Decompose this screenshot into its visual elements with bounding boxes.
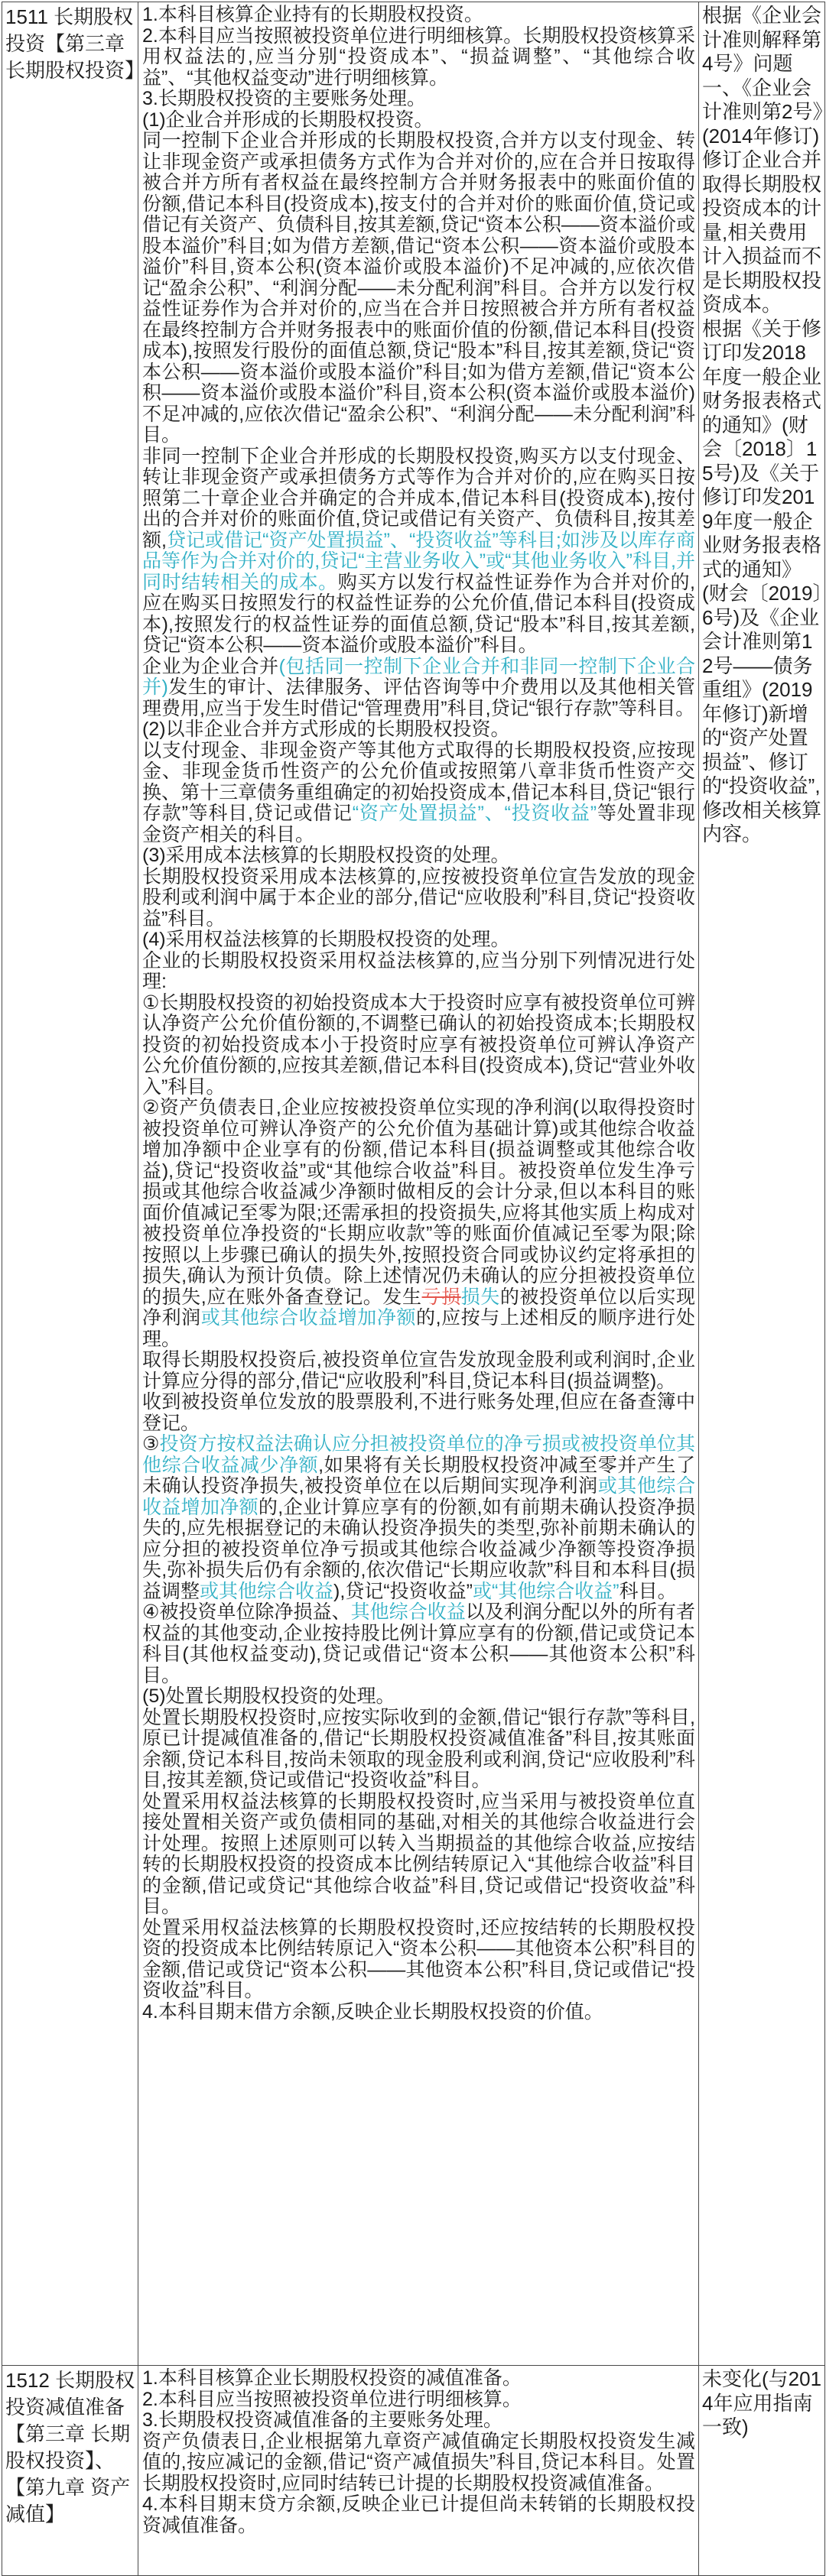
- body-text: 4.本科目期末借方余额,反映企业长期股权投资的价值。: [142, 2001, 603, 2023]
- content-paragraph: 4.本科目期末贷方余额,反映企业已计提但尚未转销的长期股权投资减值准备。: [142, 2494, 695, 2536]
- note-paragraph: 根据《企业会计准则解释第4号》问题一、《企业会计准则第2号》(2014年修订)修…: [702, 4, 823, 317]
- content-paragraph: (4)采用权益法核算的长期股权投资的处理。: [142, 930, 695, 951]
- body-text: 4.本科目期末贷方余额,反映企业已计提但尚未转销的长期股权投资减值准备。: [142, 2493, 695, 2536]
- body-text: 科目。: [619, 1581, 677, 1602]
- content-paragraph: 取得长期股权投资后,被投资单位宣告发放现金股利或利润时,企业计算应分得的部分,借…: [142, 1350, 695, 1392]
- accounting-treatment-cell: 1.本科目核算企业长期股权投资的减值准备。2.本科目应当按照被投资单位进行明细核…: [138, 2366, 699, 2576]
- content-paragraph: (1)企业合并形成的长期股权投资。: [142, 110, 695, 131]
- content-paragraph: 非同一控制下企业合并形成的长期股权投资,购买方以支付现金、转让非现金资产或承担债…: [142, 446, 695, 657]
- body-text: 资产负债表日,企业根据第九章资产减值确定长期股权投资发生减值的,按应减记的金额,…: [142, 2431, 695, 2494]
- content-paragraph: 1.本科目核算企业长期股权投资的减值准备。: [142, 2368, 695, 2389]
- revised-text: 损失: [461, 1286, 500, 1308]
- content-paragraph: ④被投资单位除净损益、其他综合收益以及利润分配以外的所有者权益的其他变动,企业按…: [142, 1602, 695, 1686]
- content-paragraph: 企业为企业合并(包括同一控制下企业合并和非同一控制下企业合并)发生的审计、法律服…: [142, 657, 695, 720]
- body-text: 处置采用权益法核算的长期股权投资时,还应按结转的长期股权投资的投资成本比例结转原…: [142, 1917, 695, 2002]
- body-text: 2.本科目应当按照被投资单位进行明细核算。: [142, 2389, 522, 2410]
- content-paragraph: 3.长期股权投资的主要账务处理。: [142, 89, 695, 110]
- account-code-cell: 1512 长期股权投资减值准备【第三章 长期股权投资】、【第九章 资产减值】: [2, 2366, 138, 2576]
- body-text: 收到被投资单位发放的股票股利,不进行账务处理,但应在备查簿中登记。: [142, 1391, 695, 1434]
- body-text: 处置长期股权投资时,应按实际收到的金额,借记“银行存款”等科目,原已计提减值准备…: [142, 1707, 695, 1792]
- account-code-label: 1511 长期股权投资【第三章 长期股权投资】: [5, 4, 135, 84]
- content-paragraph: (5)处置长期股权投资的处理。: [142, 1686, 695, 1708]
- revised-text: 或“其他综合收益”: [473, 1581, 619, 1602]
- account-code-cell: 1511 长期股权投资【第三章 长期股权投资】: [2, 2, 138, 2366]
- content-paragraph: (2)以非企业合并方式形成的长期股权投资。: [142, 719, 695, 741]
- content-paragraph: 同一控制下企业合并形成的长期股权投资,合并方以支付现金、转让非现金资产或承担债务…: [142, 131, 695, 446]
- body-text: 长期股权投资采用成本法核算的,应按被投资单位宣告发放的现金股利或利润中属于本企业…: [142, 866, 695, 930]
- content-paragraph: ②资产负债表日,企业应按被投资单位实现的净利润(以取得投资时被投资单位可辨认净资…: [142, 1098, 695, 1350]
- body-text: (5)处置长期股权投资的处理。: [142, 1685, 395, 1707]
- revision-note-cell: 根据《企业会计准则解释第4号》问题一、《企业会计准则第2号》(2014年修订)修…: [699, 2, 825, 2366]
- table-row: 1512 长期股权投资减值准备【第三章 长期股权投资】、【第九章 资产减值】1.…: [2, 2366, 825, 2576]
- body-text: 2.本科目应当按照被投资单位进行明细核算。长期股权投资核算采用权益法的,应当分别…: [142, 25, 695, 89]
- body-text: ②资产负债表日,企业应按被投资单位实现的净利润(以取得投资时被投资单位可辨认净资…: [142, 1097, 695, 1308]
- accounting-subjects-table: 1511 长期股权投资【第三章 长期股权投资】1.本科目核算企业持有的长期股权投…: [2, 2, 825, 2576]
- body-text: 处置采用权益法核算的长期股权投资时,应当采用与被投资单位直接处置相关资产或负债相…: [142, 1791, 695, 1918]
- content-paragraph: 处置长期股权投资时,应按实际收到的金额,借记“银行存款”等科目,原已计提减值准备…: [142, 1708, 695, 1792]
- body-text: 企业为企业合并: [142, 656, 279, 677]
- body-text: 发生的审计、法律服务、评估咨询等中介费用以及其他相关管理费用,应当于发生时借记“…: [142, 676, 695, 719]
- body-text: 取得长期股权投资后,被投资单位宣告发放现金股利或利润时,企业计算应分得的部分,借…: [142, 1349, 695, 1392]
- content-paragraph: 资产负债表日,企业根据第九章资产减值确定长期股权投资发生减值的,按应减记的金额,…: [142, 2432, 695, 2495]
- body-text: ),贷记“投资收益”: [333, 1581, 473, 1602]
- revised-text: 或其他综合收益: [200, 1581, 333, 1602]
- table-body: 1511 长期股权投资【第三章 长期股权投资】1.本科目核算企业持有的长期股权投…: [2, 2, 825, 2576]
- body-text: 3.长期股权投资减值准备的主要账务处理。: [142, 2409, 502, 2431]
- revised-text: “资产处置损益”、“投资收益”: [353, 803, 597, 824]
- body-text: ④被投资单位除净损益、: [142, 1601, 351, 1623]
- content-paragraph: 长期股权投资采用成本法核算的,应按被投资单位宣告发放的现金股利或利润中属于本企业…: [142, 867, 695, 930]
- body-text: (4)采用权益法核算的长期股权投资的处理。: [142, 929, 510, 950]
- content-paragraph: 以支付现金、非现金资产等其他方式取得的长期股权投资,应按现金、非现金货币性资产的…: [142, 741, 695, 846]
- content-paragraph: 4.本科目期末借方余额,反映企业长期股权投资的价值。: [142, 2002, 695, 2023]
- content-paragraph: 1.本科目核算企业持有的长期股权投资。: [142, 5, 695, 26]
- revised-text: 其他综合收益: [351, 1601, 466, 1623]
- account-code-label: 1512 长期股权投资减值准备【第三章 长期股权投资】、【第九章 资产减值】: [5, 2367, 135, 2528]
- content-paragraph: 处置采用权益法核算的长期股权投资时,还应按结转的长期股权投资的投资成本比例结转原…: [142, 1918, 695, 2002]
- content-paragraph: (3)采用成本法核算的长期股权投资的处理。: [142, 845, 695, 867]
- note-paragraph: 未变化(与2014年应用指南一致): [702, 2367, 823, 2440]
- body-text: 同一控制下企业合并形成的长期股权投资,合并方以支付现金、转让非现金资产或承担债务…: [142, 130, 695, 446]
- content-paragraph: ①长期股权投资的初始投资成本大于投资时应享有被投资单位可辨认净资产公允价值份额的…: [142, 993, 695, 1098]
- content-paragraph: 3.长期股权投资减值准备的主要账务处理。: [142, 2410, 695, 2432]
- content-paragraph: 2.本科目应当按照被投资单位进行明细核算。长期股权投资核算采用权益法的,应当分别…: [142, 26, 695, 89]
- body-text: 1.本科目核算企业持有的长期股权投资。: [142, 4, 483, 25]
- table-row: 1511 长期股权投资【第三章 长期股权投资】1.本科目核算企业持有的长期股权投…: [2, 2, 825, 2366]
- content-paragraph: 处置采用权益法核算的长期股权投资时,应当采用与被投资单位直接处置相关资产或负债相…: [142, 1792, 695, 1918]
- body-text: ③: [142, 1433, 159, 1455]
- accounting-treatment-cell: 1.本科目核算企业持有的长期股权投资。2.本科目应当按照被投资单位进行明细核算。…: [138, 2, 699, 2366]
- note-paragraph: 根据《关于修订印发2018年度一般企业财务报表格式的通知》(财会〔2018〕15…: [702, 317, 823, 847]
- body-text: 3.长期股权投资的主要账务处理。: [142, 88, 426, 109]
- content-paragraph: 收到被投资单位发放的股票股利,不进行账务处理,但应在备查簿中登记。: [142, 1392, 695, 1434]
- body-text: (3)采用成本法核算的长期股权投资的处理。: [142, 845, 510, 866]
- revised-text: 或其他综合收益增加净额: [201, 1307, 416, 1329]
- body-text: 企业的长期股权投资采用权益法核算的,应当分别下列情况进行处理:: [142, 950, 695, 993]
- body-text: (2)以非企业合并方式形成的长期股权投资。: [142, 719, 510, 740]
- deleted-text: 亏损: [422, 1286, 461, 1308]
- revision-note-cell: 未变化(与2014年应用指南一致): [699, 2366, 825, 2576]
- content-paragraph: 企业的长期股权投资采用权益法核算的,应当分别下列情况进行处理:: [142, 951, 695, 993]
- body-text: ①长期股权投资的初始投资成本大于投资时应享有被投资单位可辨认净资产公允价值份额的…: [142, 992, 695, 1098]
- body-text: (1)企业合并形成的长期股权投资。: [142, 109, 434, 131]
- content-paragraph: ③投资方按权益法确认应分担被投资单位的净亏损或被投资单位其他综合收益减少净额,如…: [142, 1434, 695, 1602]
- content-paragraph: 2.本科目应当按照被投资单位进行明细核算。: [142, 2389, 695, 2411]
- body-text: 1.本科目核算企业长期股权投资的减值准备。: [142, 2367, 522, 2389]
